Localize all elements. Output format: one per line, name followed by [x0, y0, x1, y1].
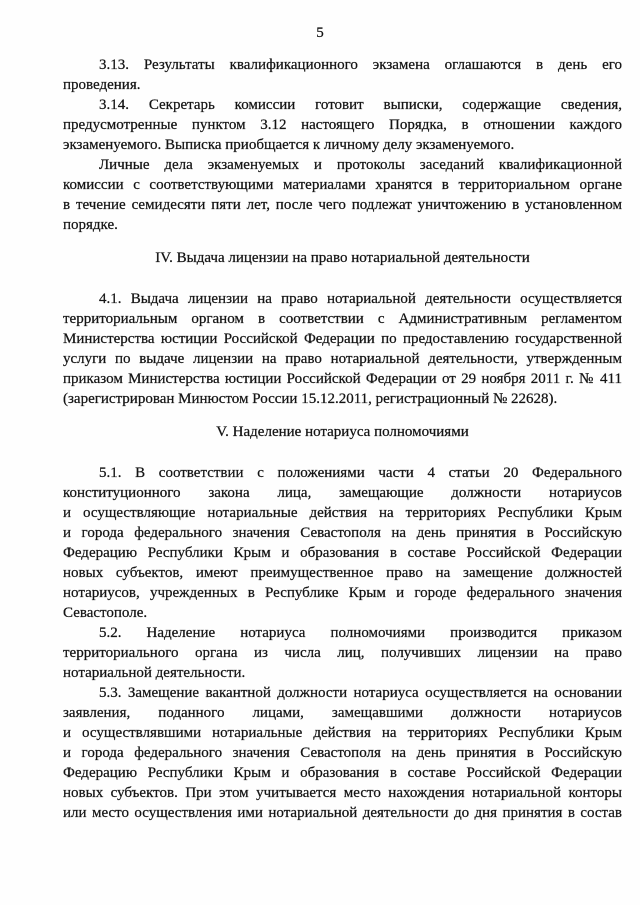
para-5-1: 5.1. В соответствии с положениями части …	[63, 463, 622, 623]
para-4-1: 4.1. Выдача лицензии на право нотариальн…	[63, 289, 622, 409]
page-number: 5	[0, 23, 640, 43]
text-line: Личные дела экзаменуемых и протоколы зас…	[63, 155, 622, 175]
text-line: территориальным органом в соответствии с…	[63, 309, 622, 329]
text-line: экзаменуемого. Выписка приобщается к лич…	[63, 135, 622, 155]
text-line: новых субъектов, имеют преимущественное …	[63, 563, 622, 583]
para-3-14: 3.14. Секретарь комиссии готовит выписки…	[63, 95, 622, 155]
text-line: Севастополе.	[63, 603, 622, 623]
text-line: порядке.	[63, 215, 622, 235]
document-page: 5 3.13. Результаты квалификационного экз…	[0, 0, 640, 905]
text-line: 5.1. В соответствии с положениями части …	[63, 463, 622, 483]
text-line: нотариальной деятельности.	[63, 663, 622, 683]
text-line: Министерства юстиции Российской Федераци…	[63, 329, 622, 349]
text-line: территориального органа из числа лиц, по…	[63, 643, 622, 663]
para-personal-files: Личные дела экзаменуемых и протоколы зас…	[63, 155, 622, 235]
para-5-2: 5.2. Наделение нотариуса полномочиями пр…	[63, 623, 622, 683]
text-line: (зарегистрирован Минюстом России 15.12.2…	[63, 389, 622, 409]
text-line: приказом Министерства юстиции Российской…	[63, 369, 622, 389]
text-line: услуги по выдаче лицензии на право нотар…	[63, 349, 622, 369]
para-3-13: 3.13. Результаты квалификационного экзам…	[63, 55, 622, 95]
text-line: Федерацию Республики Крым и образования …	[63, 763, 622, 783]
text-line: 5.2. Наделение нотариуса полномочиями пр…	[63, 623, 622, 643]
text-line: в течение семидесяти пяти лет, после чег…	[63, 195, 622, 215]
text-line: нотариусов, учрежденных в Республике Кры…	[63, 583, 622, 603]
section-iv-heading: IV. Выдача лицензии на право нотариально…	[63, 248, 622, 268]
text-line: и осуществляющие нотариальные действия н…	[63, 503, 622, 523]
section-v-heading: V. Наделение нотариуса полномочиями	[63, 422, 622, 442]
text-line: проведения.	[63, 75, 622, 95]
text-line: 3.14. Секретарь комиссии готовит выписки…	[63, 95, 622, 115]
text-line: 5.3. Замещение вакантной должности нотар…	[63, 683, 622, 703]
text-line: 3.13. Результаты квалификационного экзам…	[63, 55, 622, 75]
text-line: и осуществлявшими нотариальные действия …	[63, 723, 622, 743]
text-line: или место осуществления ими нотариальной…	[63, 803, 622, 823]
text-line: заявления, поданного лицами, замещавшими…	[63, 703, 622, 723]
document-body: 3.13. Результаты квалификационного экзам…	[63, 55, 622, 823]
para-5-3: 5.3. Замещение вакантной должности нотар…	[63, 683, 622, 823]
text-line: и города федерального значения Севастопо…	[63, 523, 622, 543]
text-line: новых субъектов. При этом учитывается ме…	[63, 783, 622, 803]
text-line: и города федерального значения Севастопо…	[63, 743, 622, 763]
text-line: 4.1. Выдача лицензии на право нотариальн…	[63, 289, 622, 309]
text-line: предусмотренные пунктом 3.12 настоящего …	[63, 115, 622, 135]
text-line: конституционного закона лица, замещающие…	[63, 483, 622, 503]
text-line: Федерацию Республики Крым и образования …	[63, 543, 622, 563]
text-line: комиссии с соответствующими материалами …	[63, 175, 622, 195]
